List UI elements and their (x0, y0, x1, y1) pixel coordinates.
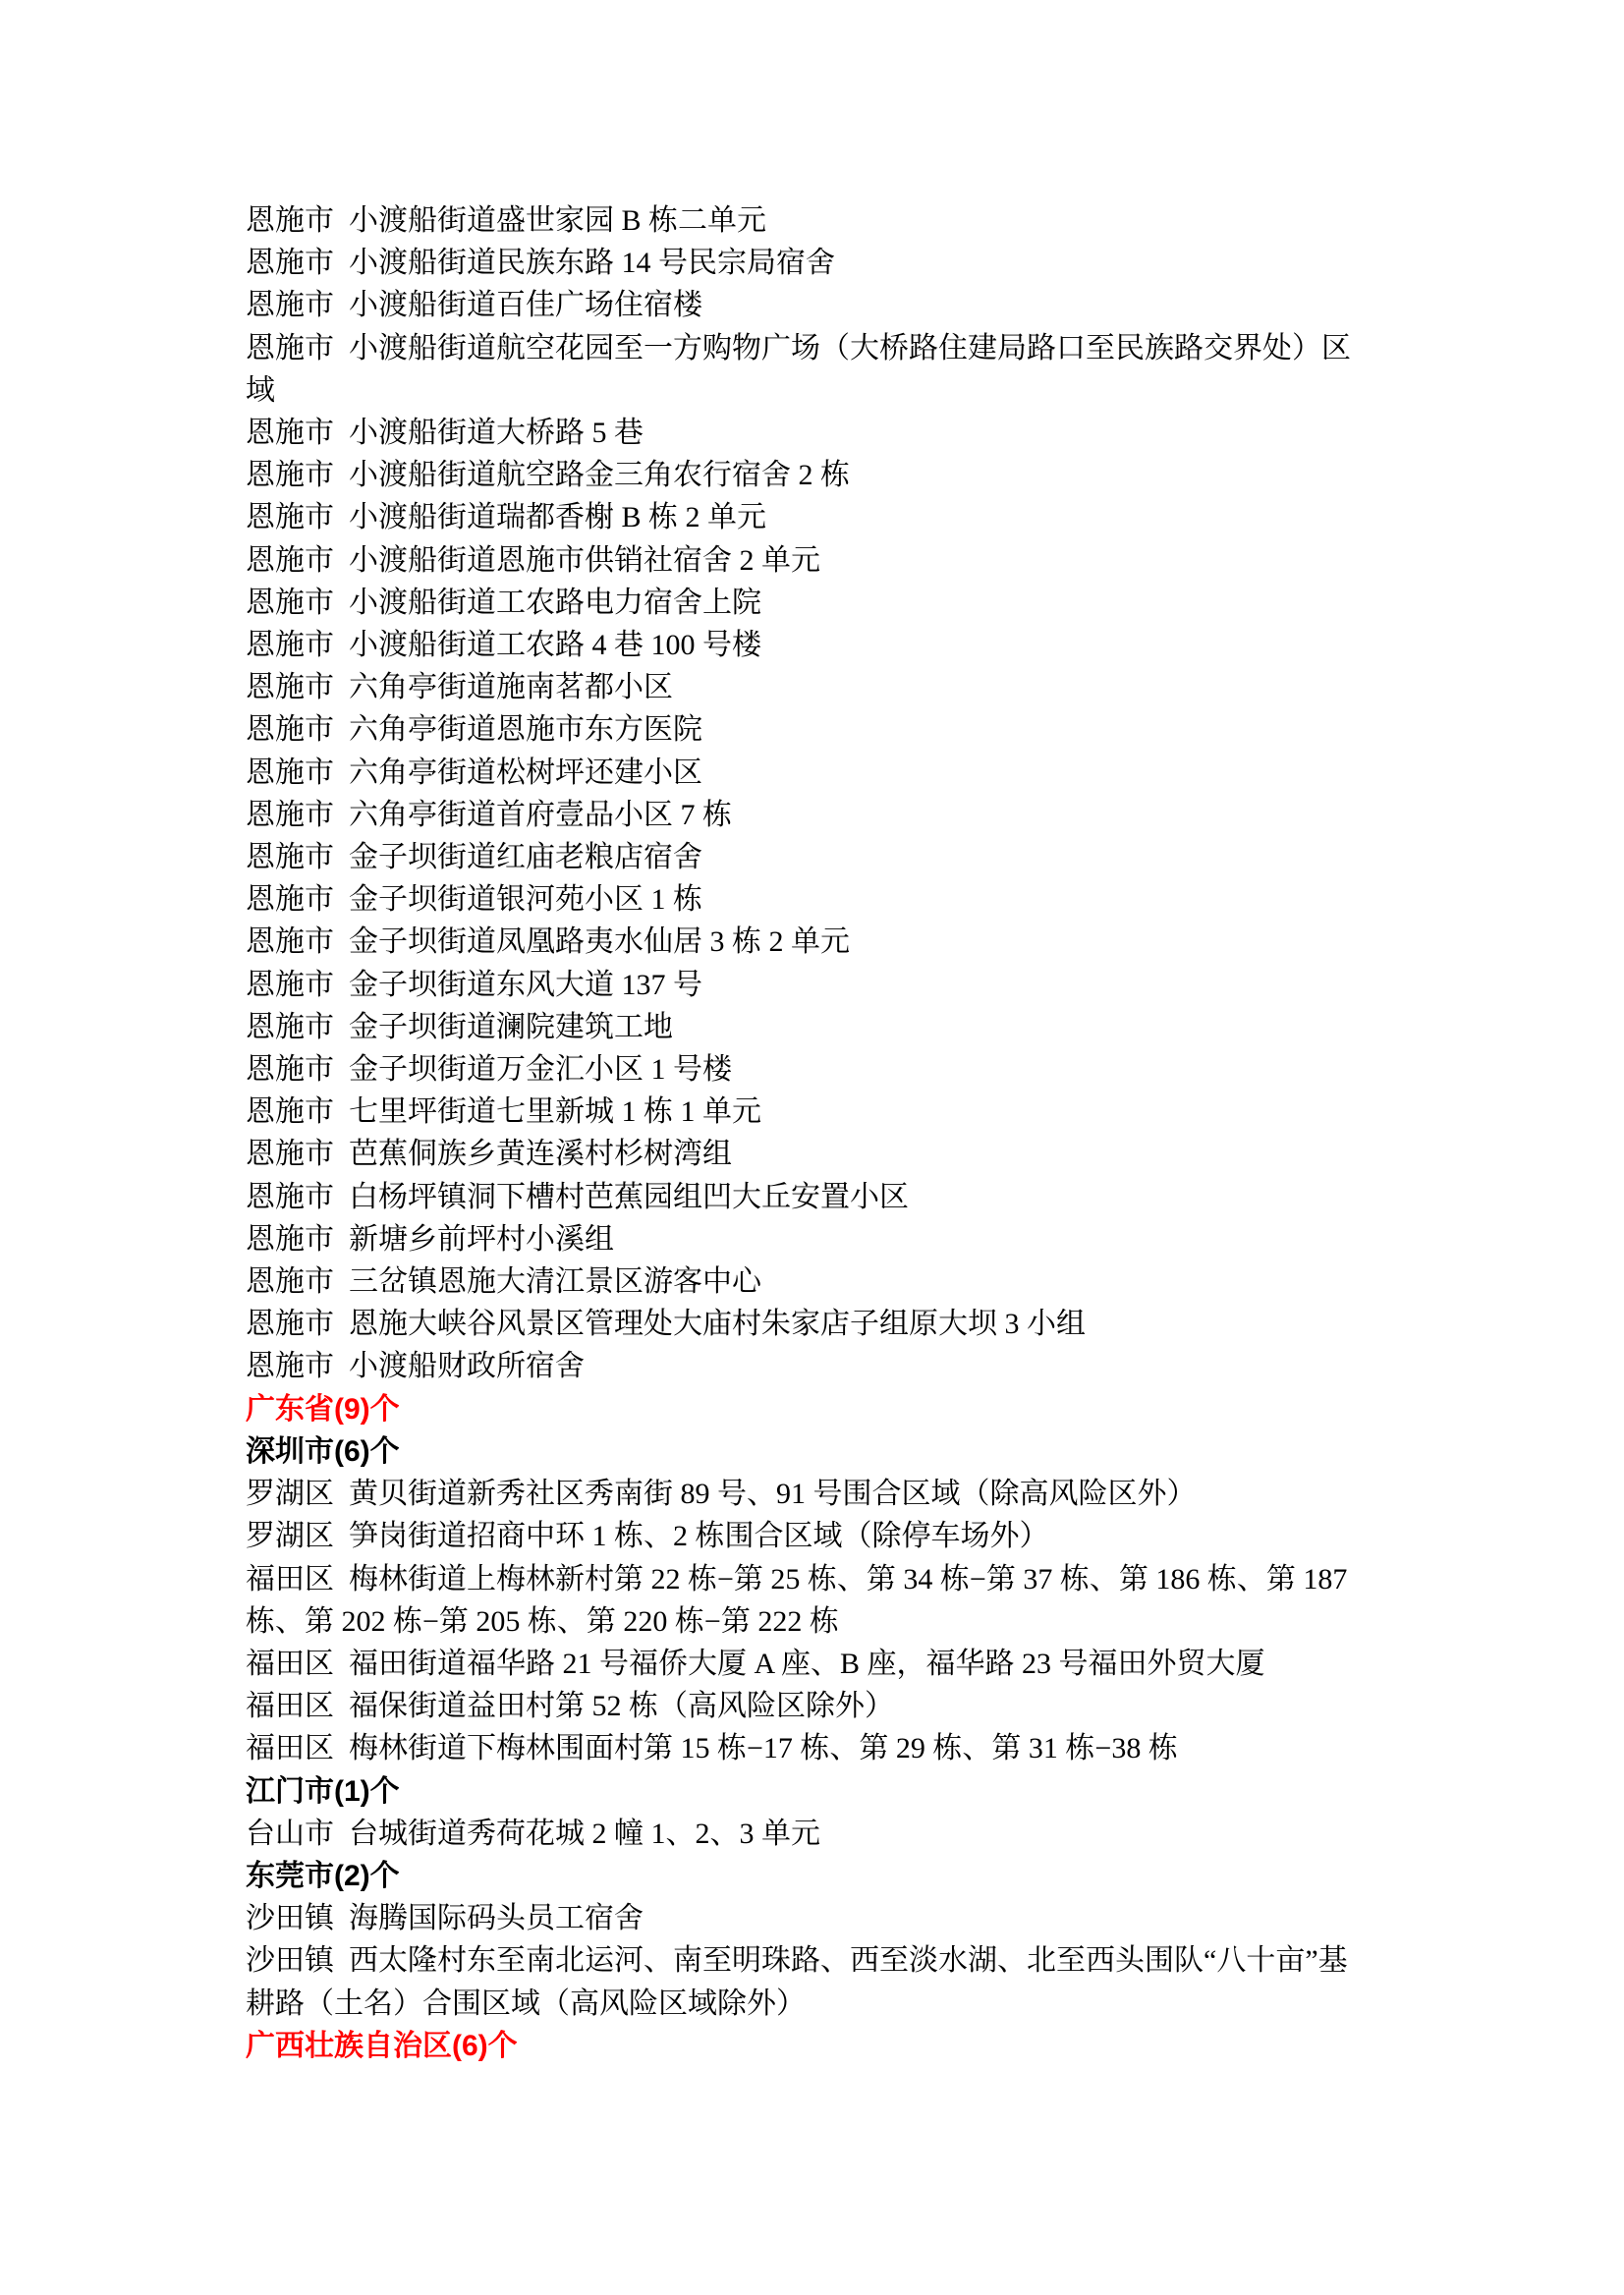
risk-area-entry: 沙田镇 西太隆村东至南北运河、南至明珠路、西至淡水湖、北至西头围队“八十亩”基耕… (246, 1939, 1376, 2024)
risk-area-entry: 恩施市 七里坪街道七里新城 1 栋 1 单元 (246, 1091, 1376, 1133)
risk-area-entry: 恩施市 六角亭街道恩施市东方医院 (246, 708, 1376, 751)
risk-area-entry: 福田区 福田街道福华路 21 号福侨大厦 A 座、B 座，福华路 23 号福田外… (246, 1643, 1376, 1685)
risk-area-entry: 恩施市 小渡船财政所宿舍 (246, 1345, 1376, 1387)
risk-area-entry: 罗湖区 笋岗街道招商中环 1 栋、2 栋围合区域（除停车场外） (246, 1515, 1376, 1557)
risk-area-entry: 恩施市 六角亭街道松树坪还建小区 (246, 752, 1376, 794)
risk-area-entry: 恩施市 六角亭街道首府壹品小区 7 栋 (246, 794, 1376, 836)
risk-area-entry: 恩施市 小渡船街道瑞都香榭 B 栋 2 单元 (246, 496, 1376, 538)
risk-area-entry: 恩施市 小渡船街道大桥路 5 巷 (246, 412, 1376, 454)
risk-area-entry: 恩施市 小渡船街道航空花园至一方购物广场（大桥路住建局路口至民族路交界处）区域 (246, 327, 1376, 412)
risk-area-entry: 恩施市 白杨坪镇洞下槽村芭蕉园组凹大丘安置小区 (246, 1176, 1376, 1218)
risk-area-entry: 恩施市 六角亭街道施南茗都小区 (246, 666, 1376, 708)
risk-area-entry: 恩施市 小渡船街道航空路金三角农行宿舍 2 栋 (246, 454, 1376, 496)
province-header: 广西壮族自治区(6)个 (246, 2025, 1376, 2067)
risk-area-entry: 恩施市 小渡船街道工农路 4 巷 100 号楼 (246, 624, 1376, 666)
risk-area-entry: 恩施市 小渡船街道民族东路 14 号民宗局宿舍 (246, 242, 1376, 284)
risk-area-entry: 沙田镇 海腾国际码头员工宿舍 (246, 1897, 1376, 1939)
risk-area-entry: 罗湖区 黄贝街道新秀社区秀南街 89 号、91 号围合区域（除高风险区外） (246, 1473, 1376, 1515)
city-header: 东莞市(2)个 (246, 1855, 1376, 1897)
risk-area-list: 恩施市 小渡船街道盛世家园 B 栋二单元恩施市 小渡船街道民族东路 14 号民宗… (246, 199, 1376, 2067)
risk-area-entry: 恩施市 金子坝街道万金汇小区 1 号楼 (246, 1048, 1376, 1091)
risk-area-entry: 恩施市 金子坝街道东风大道 137 号 (246, 964, 1376, 1006)
risk-area-entry: 恩施市 芭蕉侗族乡黄连溪村杉树湾组 (246, 1133, 1376, 1175)
province-header: 广东省(9)个 (246, 1388, 1376, 1430)
risk-area-entry: 恩施市 金子坝街道银河苑小区 1 栋 (246, 878, 1376, 921)
city-header: 江门市(1)个 (246, 1770, 1376, 1813)
risk-area-entry: 恩施市 金子坝街道红庙老粮店宿舍 (246, 836, 1376, 878)
risk-area-entry: 恩施市 新塘乡前坪村小溪组 (246, 1218, 1376, 1260)
risk-area-entry: 恩施市 小渡船街道百佳广场住宿楼 (246, 284, 1376, 326)
risk-area-entry: 恩施市 小渡船街道工农路电力宿舍上院 (246, 582, 1376, 624)
risk-area-entry: 恩施市 小渡船街道盛世家园 B 栋二单元 (246, 199, 1376, 242)
risk-area-entry: 福田区 梅林街道上梅林新村第 22 栋−第 25 栋、第 34 栋−第 37 栋… (246, 1558, 1376, 1643)
risk-area-entry: 恩施市 三岔镇恩施大清江景区游客中心 (246, 1260, 1376, 1303)
document-page: 恩施市 小渡船街道盛世家园 B 栋二单元恩施市 小渡船街道民族东路 14 号民宗… (0, 0, 1624, 2295)
risk-area-entry: 恩施市 金子坝街道澜院建筑工地 (246, 1006, 1376, 1048)
risk-area-entry: 台山市 台城街道秀荷花城 2 幢 1、2、3 单元 (246, 1813, 1376, 1855)
risk-area-entry: 恩施市 金子坝街道凤凰路夷水仙居 3 栋 2 单元 (246, 921, 1376, 963)
city-header: 深圳市(6)个 (246, 1430, 1376, 1473)
risk-area-entry: 恩施市 恩施大峡谷风景区管理处大庙村朱家店子组原大坝 3 小组 (246, 1303, 1376, 1345)
risk-area-entry: 恩施市 小渡船街道恩施市供销社宿舍 2 单元 (246, 539, 1376, 582)
risk-area-entry: 福田区 梅林街道下梅林围面村第 15 栋−17 栋、第 29 栋、第 31 栋−… (246, 1727, 1376, 1769)
risk-area-entry: 福田区 福保街道益田村第 52 栋（高风险区除外） (246, 1685, 1376, 1727)
